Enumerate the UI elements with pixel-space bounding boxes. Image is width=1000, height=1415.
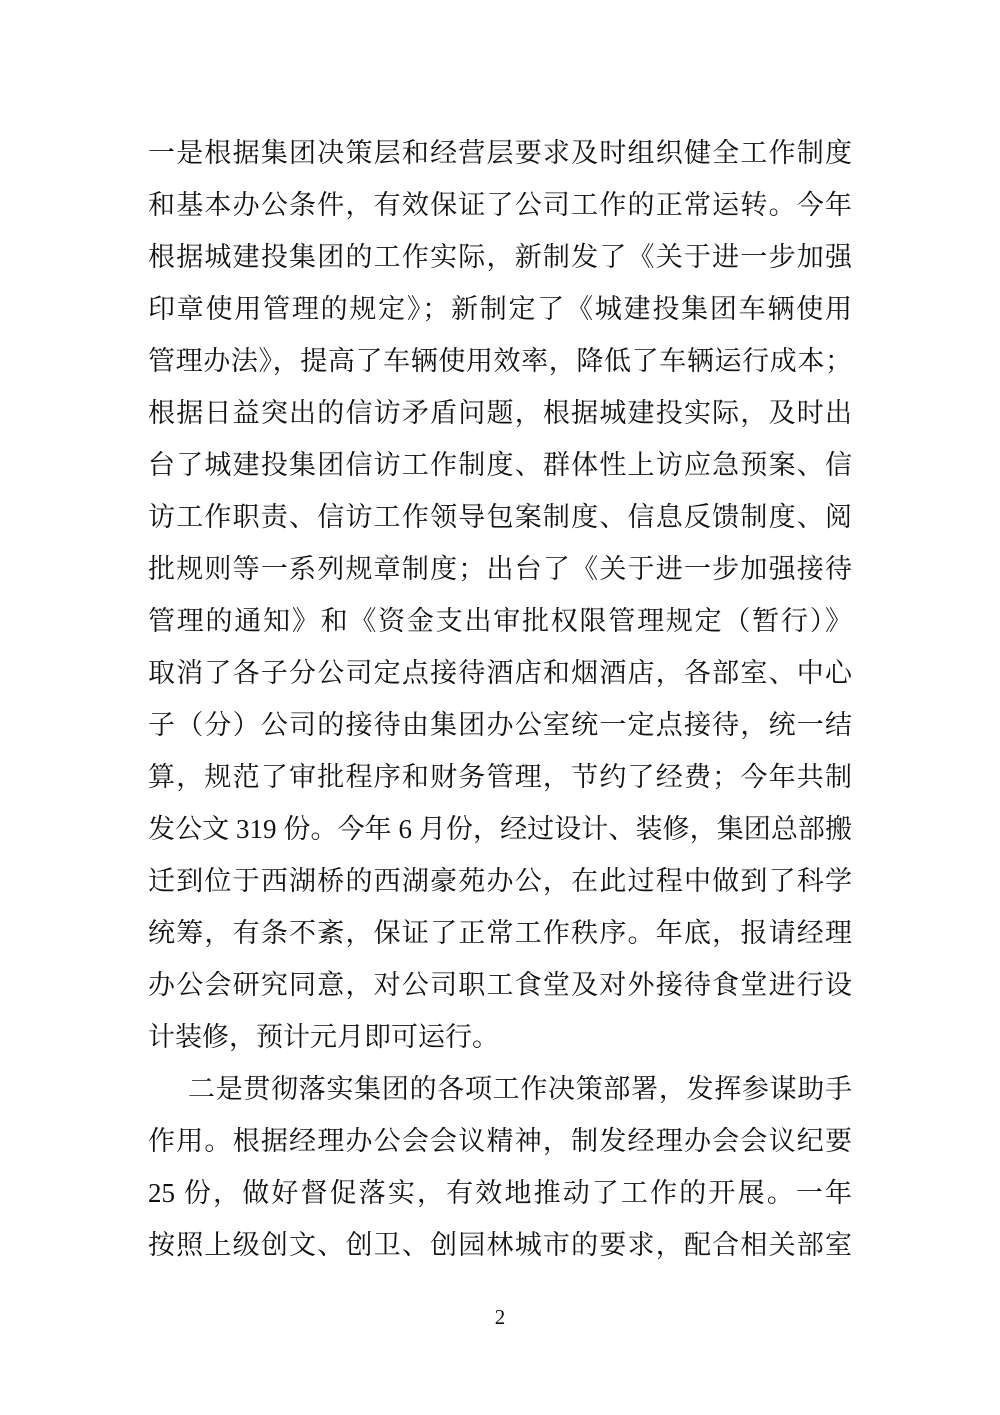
- text-line: 统筹，有条不紊，保证了正常工作秩序。年底，报请经理: [148, 907, 852, 959]
- text-line: 算，规范了审批程序和财务管理，节约了经费；今年共制: [148, 751, 852, 803]
- text-line: 子（分）公司的接待由集团办公室统一定点接待，统一结: [148, 699, 852, 751]
- text-line: 和基本办公条件，有效保证了公司工作的正常运转。今年: [148, 179, 852, 231]
- text-line: 印章使用管理的规定》；新制定了《城建投集团车辆使用: [148, 283, 852, 335]
- paragraph: 二是贯彻落实集团的各项工作决策部署，发挥参谋助手作用。根据经理办公会会议精神，制…: [148, 1063, 852, 1271]
- text-line: 办公会研究同意，对公司职工食堂及对外接待食堂进行设: [148, 959, 852, 1011]
- document-page: 一是根据集团决策层和经营层要求及时组织健全工作制度和基本办公条件，有效保证了公司…: [0, 0, 1000, 1415]
- paragraph: 一是根据集团决策层和经营层要求及时组织健全工作制度和基本办公条件，有效保证了公司…: [148, 127, 852, 1063]
- text-line: 二是贯彻落实集团的各项工作决策部署，发挥参谋助手: [148, 1063, 852, 1115]
- text-line: 根据日益突出的信访矛盾问题，根据城建投实际，及时出: [148, 387, 852, 439]
- text-line: 管理的通知》和《资金支出审批权限管理规定（暂行）》: [148, 595, 852, 647]
- text-line: 台了城建投集团信访工作制度、群体性上访应急预案、信: [148, 439, 852, 491]
- text-line: 一是根据集团决策层和经营层要求及时组织健全工作制度: [148, 127, 852, 179]
- text-line: 迁到位于西湖桥的西湖豪苑办公，在此过程中做到了科学: [148, 855, 852, 907]
- page-number: 2: [0, 1303, 1000, 1331]
- text-line: 作用。根据经理办公会会议精神，制发经理办会会议纪要: [148, 1115, 852, 1167]
- text-line: 取消了各子分公司定点接待酒店和烟酒店，各部室、中心: [148, 647, 852, 699]
- text-line: 批规则等一系列规章制度；出台了《关于进一步加强接待: [148, 543, 852, 595]
- text-line: 根据城建投集团的工作实际，新制发了《关于进一步加强: [148, 231, 852, 283]
- document-body: 一是根据集团决策层和经营层要求及时组织健全工作制度和基本办公条件，有效保证了公司…: [148, 127, 852, 1271]
- text-line: 发公文 319 份。今年 6 月份，经过设计、装修，集团总部搬: [148, 803, 852, 855]
- text-line: 访工作职责、信访工作领导包案制度、信息反馈制度、阅: [148, 491, 852, 543]
- text-line: 计装修，预计元月即可运行。: [148, 1011, 852, 1063]
- text-line: 管理办法》，提高了车辆使用效率，降低了车辆运行成本；: [148, 335, 852, 387]
- text-line: 按照上级创文、创卫、创园林城市的要求，配合相关部室: [148, 1219, 852, 1271]
- text-line: 25 份，做好督促落实，有效地推动了工作的开展。一年来，: [148, 1167, 852, 1219]
